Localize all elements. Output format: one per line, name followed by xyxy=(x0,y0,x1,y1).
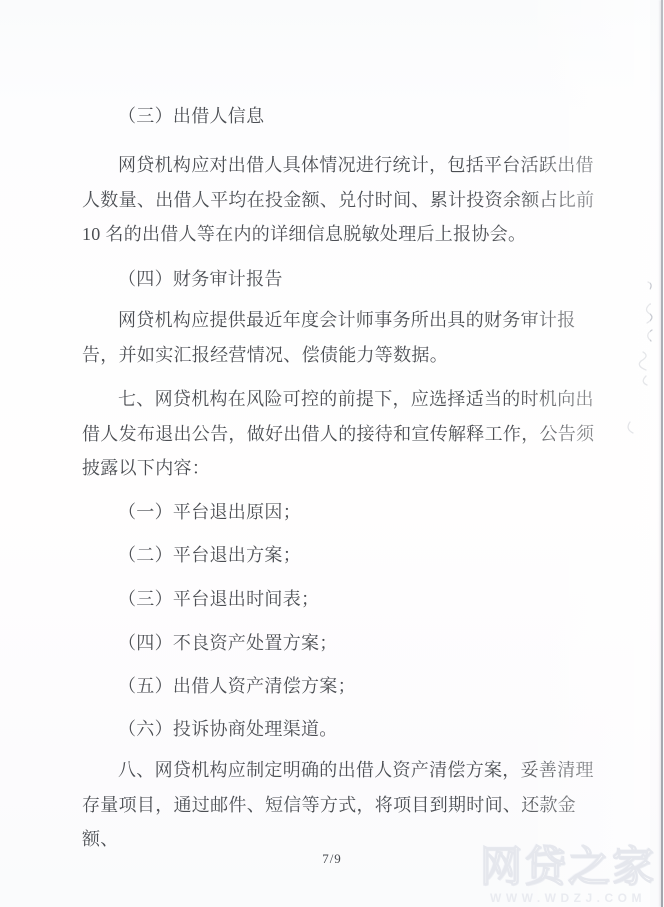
scan-edge xyxy=(661,0,664,907)
paragraph-article-7: 七、网贷机构在风险可控的前提下，应选择适当的时机向出 借人发布退出公告，做好出借… xyxy=(82,382,598,486)
handwriting-marks xyxy=(616,272,662,452)
paragraph-article-8: 八、网贷机构应制定明确的出借人资产清偿方案，妥善清理 存量项目，通过邮件、短信等… xyxy=(82,753,598,857)
scanned-document-page: （三）出借人信息 网贷机构应对出借人具体情况进行统计，包括平台活跃出借 人数量、… xyxy=(0,0,664,907)
list-item-exit-timetable: （三）平台退出时间表； xyxy=(82,582,502,617)
page-number: 7/9 xyxy=(82,851,582,867)
list-item-lender-compensation: （五）出借人资产清偿方案； xyxy=(82,669,502,704)
list-item-exit-plan: （二）平台退出方案； xyxy=(82,538,502,573)
list-item-complaint-channel: （六）投诉协商处理渠道。 xyxy=(82,712,502,747)
list-item-bad-assets-plan: （四）不良资产处置方案； xyxy=(82,626,502,661)
paragraph-audit-report: 网贷机构应提供最近年度会计师事务所出具的财务审计报 告，并如实汇报经营情况、偿债… xyxy=(82,303,598,372)
paragraph-lender-statistics: 网贷机构应对出借人具体情况进行统计，包括平台活跃出借 人数量、出借人平均在投金额… xyxy=(82,148,598,252)
heading-lender-info: （三）出借人信息 xyxy=(82,99,598,134)
watermark-url: WWW.WDZJ.COM xyxy=(475,891,661,905)
list-item-exit-reason: （一）平台退出原因； xyxy=(82,495,502,530)
heading-financial-audit-report: （四）财务审计报告 xyxy=(82,262,598,297)
